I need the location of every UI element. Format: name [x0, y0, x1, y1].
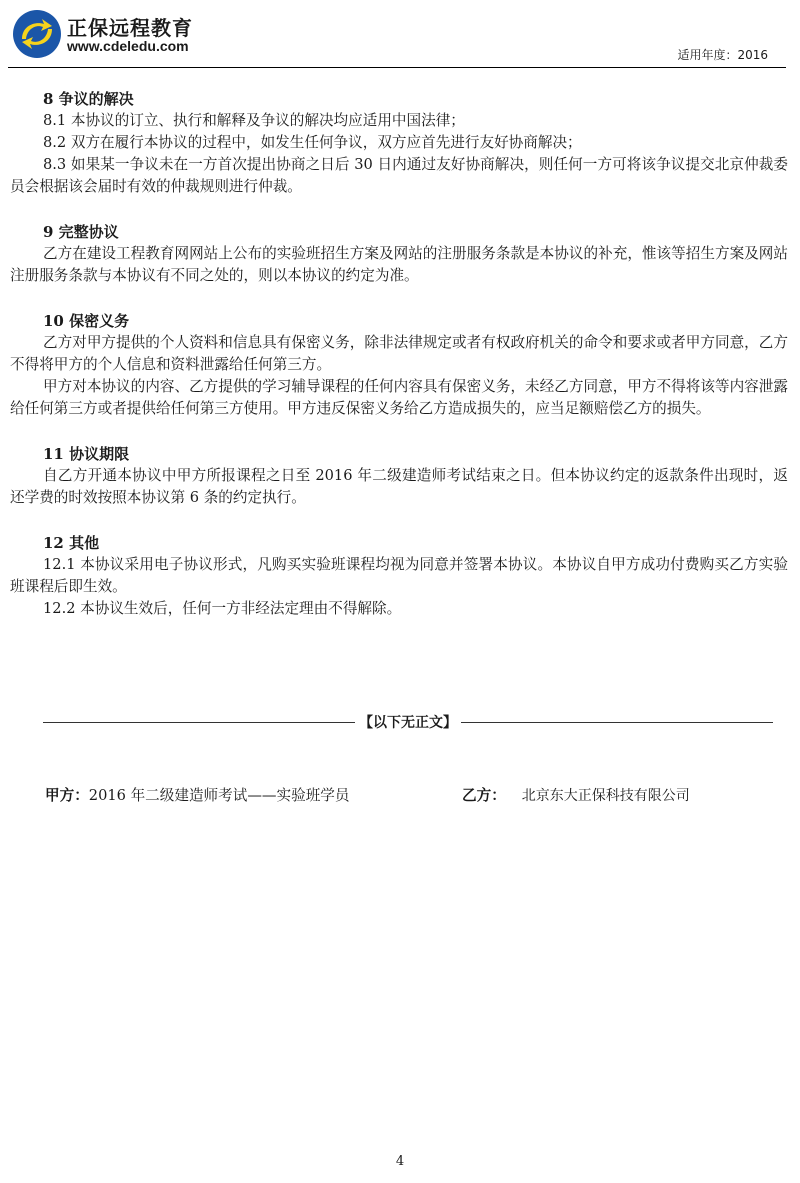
paragraph: 12.1 本协议采用电子协议形式，凡购买实验班课程均视为同意并签署本协议。本协议… — [0, 554, 800, 598]
section-confidentiality: 10 保密义务 乙方对甲方提供的个人资料和信息具有保密义务，除非法律规定或者有权… — [0, 310, 800, 420]
party-a-value: 2016 年二级建造师考试——实验班学员 — [89, 787, 350, 804]
section-entire-agreement: 9 完整协议 乙方在建设工程教育网网站上公布的实验班招生方案及网站的注册服务条款… — [0, 221, 800, 287]
signature-party-a: 甲方：2016 年二级建造师考试——实验班学员 — [45, 785, 349, 807]
section-title: 9 完整协议 — [0, 221, 800, 243]
divider-right — [461, 722, 773, 723]
party-b-value: 北京东大正保科技有限公司 — [522, 788, 690, 804]
paragraph: 乙方对甲方提供的个人资料和信息具有保密义务，除非法律规定或者有权政府机关的命令和… — [0, 332, 800, 376]
party-a-label: 甲方： — [45, 787, 89, 804]
section-title: 12 其他 — [0, 532, 800, 554]
paragraph: 8.1 本协议的订立、执行和解释及争议的解决均应适用中国法律； — [0, 110, 800, 132]
paragraph: 自乙方开通本协议中甲方所报课程之日至 2016 年二级建造师考试结束之日。但本协… — [0, 465, 800, 509]
section-title: 10 保密义务 — [0, 310, 800, 332]
brand-url: www.cdeledu.com — [67, 38, 189, 54]
document-body: 8 争议的解决 8.1 本协议的订立、执行和解释及争议的解决均应适用中国法律； … — [0, 88, 800, 620]
logo-icon — [12, 9, 62, 59]
page-header: 正保远程教育 www.cdeledu.com 适用年度：2016 — [0, 0, 800, 70]
end-of-text-marker: 【以下无正文】 — [43, 711, 773, 733]
signature-party-b: 乙方：北京东大正保科技有限公司 — [462, 785, 690, 807]
brand-name: 正保远程教育 — [67, 12, 193, 41]
paragraph: 甲方对本协议的内容、乙方提供的学习辅导课程的任何内容具有保密义务，未经乙方同意，… — [0, 376, 800, 420]
party-b-label: 乙方： — [462, 787, 506, 804]
section-dispute-resolution: 8 争议的解决 8.1 本协议的订立、执行和解释及争议的解决均应适用中国法律； … — [0, 88, 800, 198]
paragraph: 8.2 双方在履行本协议的过程中，如发生任何争议，双方应首先进行友好协商解决； — [0, 132, 800, 154]
header-divider — [8, 67, 786, 68]
paragraph: 12.2 本协议生效后，任何一方非经法定理由不得解除。 — [0, 598, 800, 620]
end-of-text-label: 【以下无正文】 — [355, 712, 461, 732]
section-title: 11 协议期限 — [0, 443, 800, 465]
page-number: 4 — [0, 1154, 800, 1169]
section-term: 11 协议期限 自乙方开通本协议中甲方所报课程之日至 2016 年二级建造师考试… — [0, 443, 800, 509]
paragraph: 乙方在建设工程教育网网站上公布的实验班招生方案及网站的注册服务条款是本协议的补充… — [0, 243, 800, 287]
paragraph: 8.3 如果某一争议未在一方首次提出协商之日后 30 日内通过友好协商解决，则任… — [0, 154, 800, 198]
divider-left — [43, 722, 355, 723]
section-other: 12 其他 12.1 本协议采用电子协议形式，凡购买实验班课程均视为同意并签署本… — [0, 532, 800, 620]
applicable-year: 适用年度：2016 — [677, 46, 768, 63]
section-title: 8 争议的解决 — [0, 88, 800, 110]
